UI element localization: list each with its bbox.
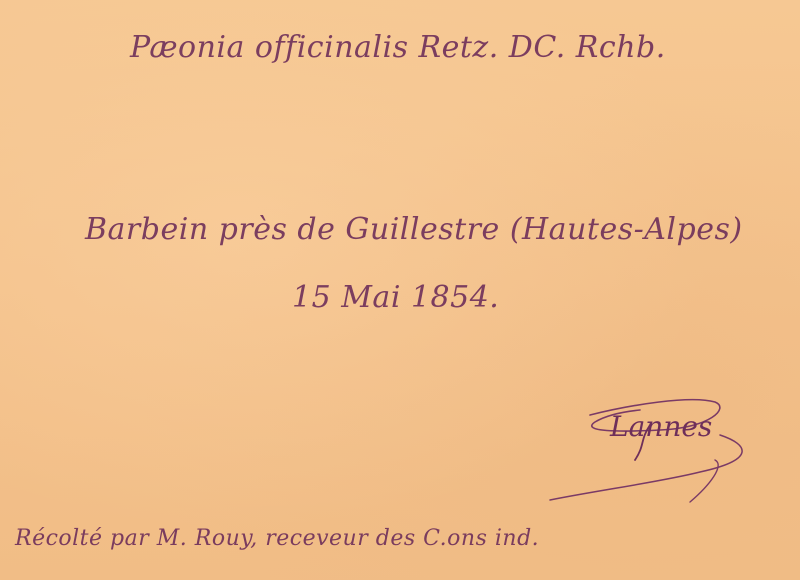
signature-flourish-icon [540, 390, 770, 510]
taxon-name: Pæonia officinalis Retz. DC. Rchb. [130, 30, 666, 65]
signature-name: Lannes [610, 410, 712, 443]
collection-date: 15 Mai 1854. [292, 280, 499, 315]
collector-note: Récolté par M. Rouy, receveur des C.ons … [15, 526, 539, 551]
collection-locality: Barbein près de Guillestre (Hautes-Alpes… [85, 212, 743, 247]
herbarium-label-paper: Pæonia officinalis Retz. DC. Rchb. Barbe… [0, 0, 800, 580]
signature: Lannes [540, 390, 770, 510]
